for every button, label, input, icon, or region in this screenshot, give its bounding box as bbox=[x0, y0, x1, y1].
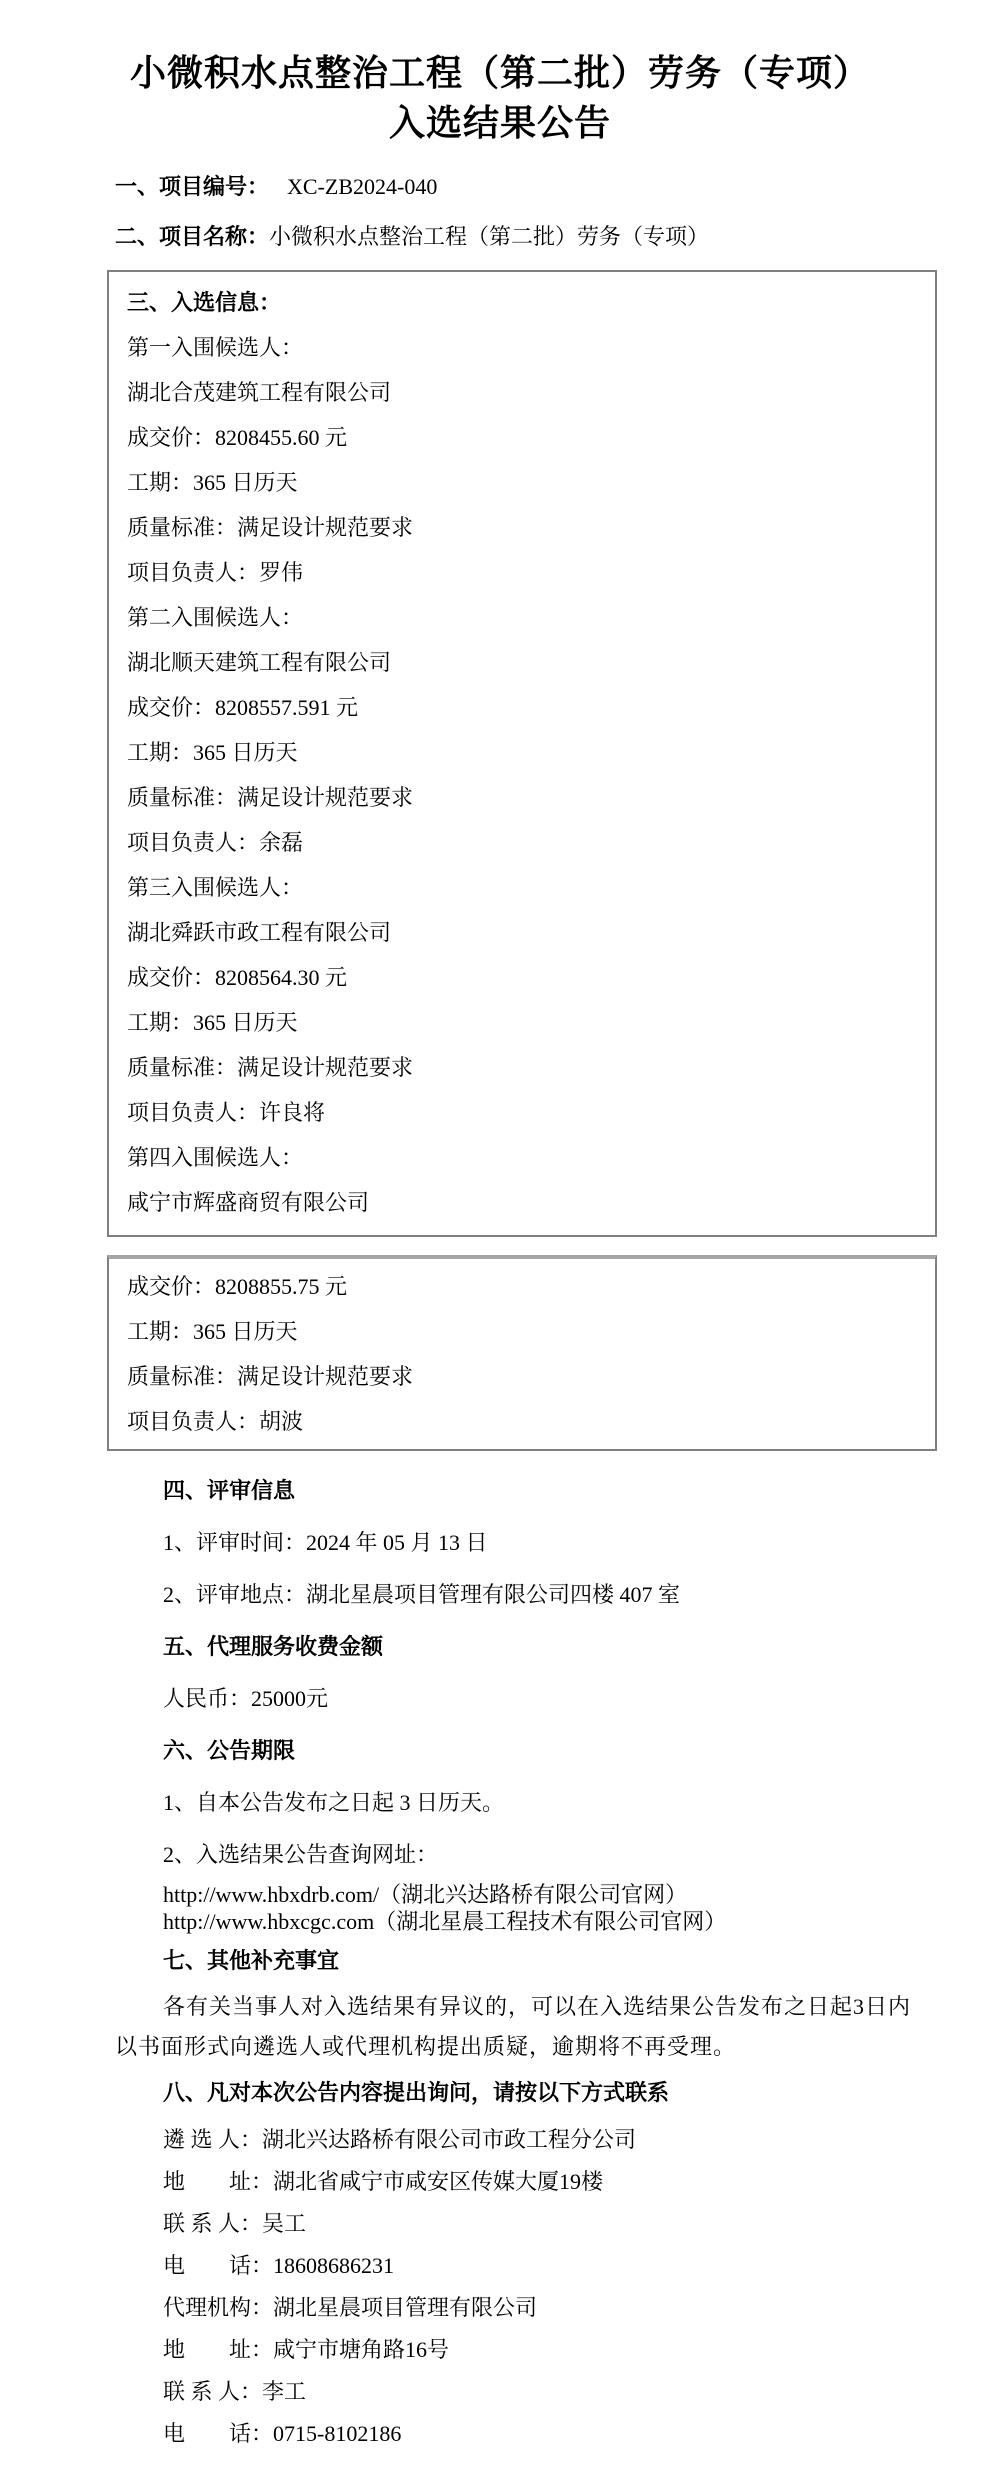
section-agency-fee-heading: 五、代理服务收费金额 bbox=[115, 1621, 925, 1673]
candidate-4-title: 第四入围候选人： bbox=[127, 1135, 921, 1180]
notice-url-2: http://www.hbxcgc.com（湖北星晨工程技术有限公司官网） bbox=[115, 1908, 925, 1935]
candidate-3-duration: 工期：365 日历天 bbox=[127, 1000, 921, 1045]
section-other-heading: 七、其他补充事宜 bbox=[115, 1935, 925, 1987]
candidate-2-quality: 质量标准：满足设计规范要求 bbox=[127, 775, 921, 820]
project-number-value: XC-ZB2024-040 bbox=[287, 174, 437, 199]
candidate-3-price: 成交价：8208564.30 元 bbox=[127, 955, 921, 1000]
candidate-4-price: 成交价：8208855.75 元 bbox=[127, 1264, 921, 1309]
title-line-1: 小微积水点整治工程（第二批）劳务（专项） bbox=[0, 48, 1000, 98]
project-name-row: 二、项目名称：小微积水点整治工程（第二批）劳务（专项） bbox=[115, 212, 1000, 262]
candidate-1-quality: 质量标准：满足设计规范要求 bbox=[127, 505, 921, 550]
candidate-4-quality: 质量标准：满足设计规范要求 bbox=[127, 1354, 921, 1399]
contact-selector-phone: 电 话：18608686231 bbox=[115, 2245, 925, 2287]
section-contact-heading: 八、凡对本次公告内容提出询问，请按以下方式联系 bbox=[115, 2067, 925, 2119]
document-title: 小微积水点整治工程（第二批）劳务（专项） 入选结果公告 bbox=[0, 0, 1000, 148]
candidate-3-quality: 质量标准：满足设计规范要求 bbox=[127, 1045, 921, 1090]
title-line-2: 入选结果公告 bbox=[0, 98, 1000, 148]
candidate-1-title: 第一入围候选人： bbox=[127, 325, 921, 370]
candidate-1-company: 湖北合茂建筑工程有限公司 bbox=[127, 370, 921, 415]
candidate-1-price: 成交价：8208455.60 元 bbox=[127, 415, 921, 460]
candidate-2-title: 第二入围候选人： bbox=[127, 595, 921, 640]
contact-selector-address: 地 址：湖北省咸宁市咸安区传媒大厦19楼 bbox=[115, 2161, 925, 2203]
notice-duration: 1、自本公告发布之日起 3 日历天。 bbox=[115, 1777, 925, 1829]
agency-fee-amount: 人民币：25000元 bbox=[115, 1673, 925, 1725]
selection-info-heading: 三、入选信息： bbox=[127, 280, 921, 325]
contact-agency-address: 地 址：咸宁市塘角路16号 bbox=[115, 2329, 925, 2371]
candidate-4-duration: 工期：365 日历天 bbox=[127, 1309, 921, 1354]
candidate-4-manager: 项目负责人：胡波 bbox=[127, 1399, 921, 1444]
candidate-2-duration: 工期：365 日历天 bbox=[127, 730, 921, 775]
candidate-1-duration: 工期：365 日历天 bbox=[127, 460, 921, 505]
candidate-2-price: 成交价：8208557.591 元 bbox=[127, 685, 921, 730]
objection-paragraph: 各有关当事人对入选结果有异议的，可以在入选结果公告发布之日起3日内以书面形式向遴… bbox=[115, 1987, 925, 2067]
section-review-heading: 四、评审信息 bbox=[115, 1465, 925, 1517]
project-name-value: 小微积水点整治工程（第二批）劳务（专项） bbox=[269, 224, 709, 249]
review-time: 1、评审时间：2024 年 05 月 13 日 bbox=[115, 1517, 925, 1569]
candidate-2-manager: 项目负责人：余磊 bbox=[127, 820, 921, 865]
candidate-1-manager: 项目负责人：罗伟 bbox=[127, 550, 921, 595]
contact-agency: 代理机构：湖北星晨项目管理有限公司 bbox=[115, 2287, 925, 2329]
candidate-3-manager: 项目负责人：许良将 bbox=[127, 1090, 921, 1135]
candidate-2-company: 湖北顺天建筑工程有限公司 bbox=[127, 640, 921, 685]
contact-selector: 遴 选 人：湖北兴达路桥有限公司市政工程分公司 bbox=[115, 2119, 925, 2161]
lower-sections: 四、评审信息 1、评审时间：2024 年 05 月 13 日 2、评审地点：湖北… bbox=[115, 1465, 925, 2455]
announcement-document: 小微积水点整治工程（第二批）劳务（专项） 入选结果公告 一、项目编号：XC-ZB… bbox=[0, 0, 1000, 2486]
project-meta: 一、项目编号：XC-ZB2024-040 二、项目名称：小微积水点整治工程（第二… bbox=[115, 162, 1000, 262]
notice-url-1: http://www.hbxdrb.com/（湖北兴达路桥有限公司官网） bbox=[115, 1881, 925, 1908]
candidate-4-company: 咸宁市辉盛商贸有限公司 bbox=[127, 1180, 921, 1225]
candidate-3-company: 湖北舜跃市政工程有限公司 bbox=[127, 910, 921, 955]
candidate-3-title: 第三入围候选人： bbox=[127, 865, 921, 910]
selection-info-box-continued: 成交价：8208855.75 元 工期：365 日历天 质量标准：满足设计规范要… bbox=[107, 1255, 937, 1451]
contact-agency-person: 联 系 人：李工 bbox=[115, 2371, 925, 2413]
section-notice-period-heading: 六、公告期限 bbox=[115, 1725, 925, 1777]
notice-url-label: 2、入选结果公告查询网址： bbox=[115, 1829, 925, 1881]
contact-selector-person: 联 系 人：吴工 bbox=[115, 2203, 925, 2245]
selection-info-box: 三、入选信息： 第一入围候选人： 湖北合茂建筑工程有限公司 成交价：820845… bbox=[107, 270, 937, 1237]
review-location: 2、评审地点：湖北星晨项目管理有限公司四楼 407 室 bbox=[115, 1569, 925, 1621]
project-name-label: 二、项目名称： bbox=[115, 224, 269, 249]
project-number-row: 一、项目编号：XC-ZB2024-040 bbox=[115, 162, 1000, 212]
project-number-label: 一、项目编号： bbox=[115, 174, 269, 199]
contact-agency-phone: 电 话：0715-8102186 bbox=[115, 2413, 925, 2455]
